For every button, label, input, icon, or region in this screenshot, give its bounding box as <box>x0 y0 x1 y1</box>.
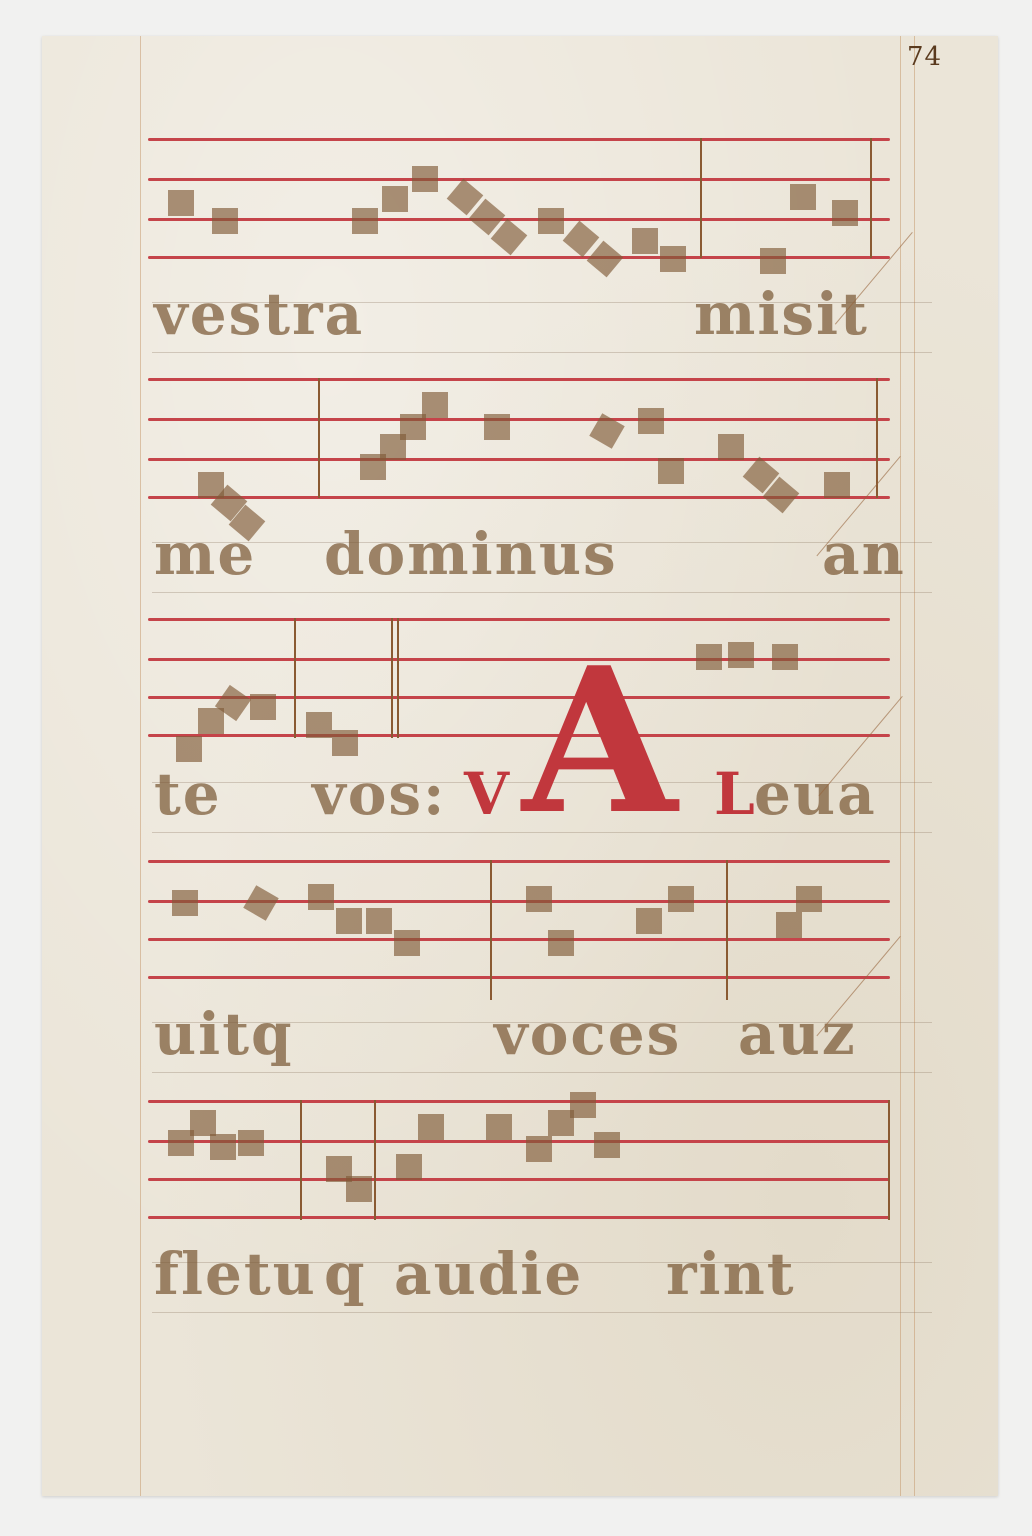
lyric-line-1: vestra misit <box>154 280 934 360</box>
lyric-line-2: me dominus an <box>154 520 934 600</box>
folio-number: 74 <box>907 42 942 72</box>
verse-mark: V <box>464 760 511 828</box>
staff-4 <box>148 860 890 980</box>
staff-1 <box>148 138 890 258</box>
red-letter-l: L <box>714 760 757 828</box>
margin-ruling-left <box>140 36 141 1496</box>
lyric-line-5: fletu q audie rint <box>154 1240 934 1320</box>
staff-3 <box>148 618 890 738</box>
lyric-line-4: uitq voces auz <box>154 1000 934 1080</box>
staff-5 <box>148 1100 890 1220</box>
staff-2 <box>148 378 890 498</box>
manuscript-leaf: 74 vestra misit me dominus an <box>42 36 998 1496</box>
decorated-initial-a: A <box>522 642 677 842</box>
